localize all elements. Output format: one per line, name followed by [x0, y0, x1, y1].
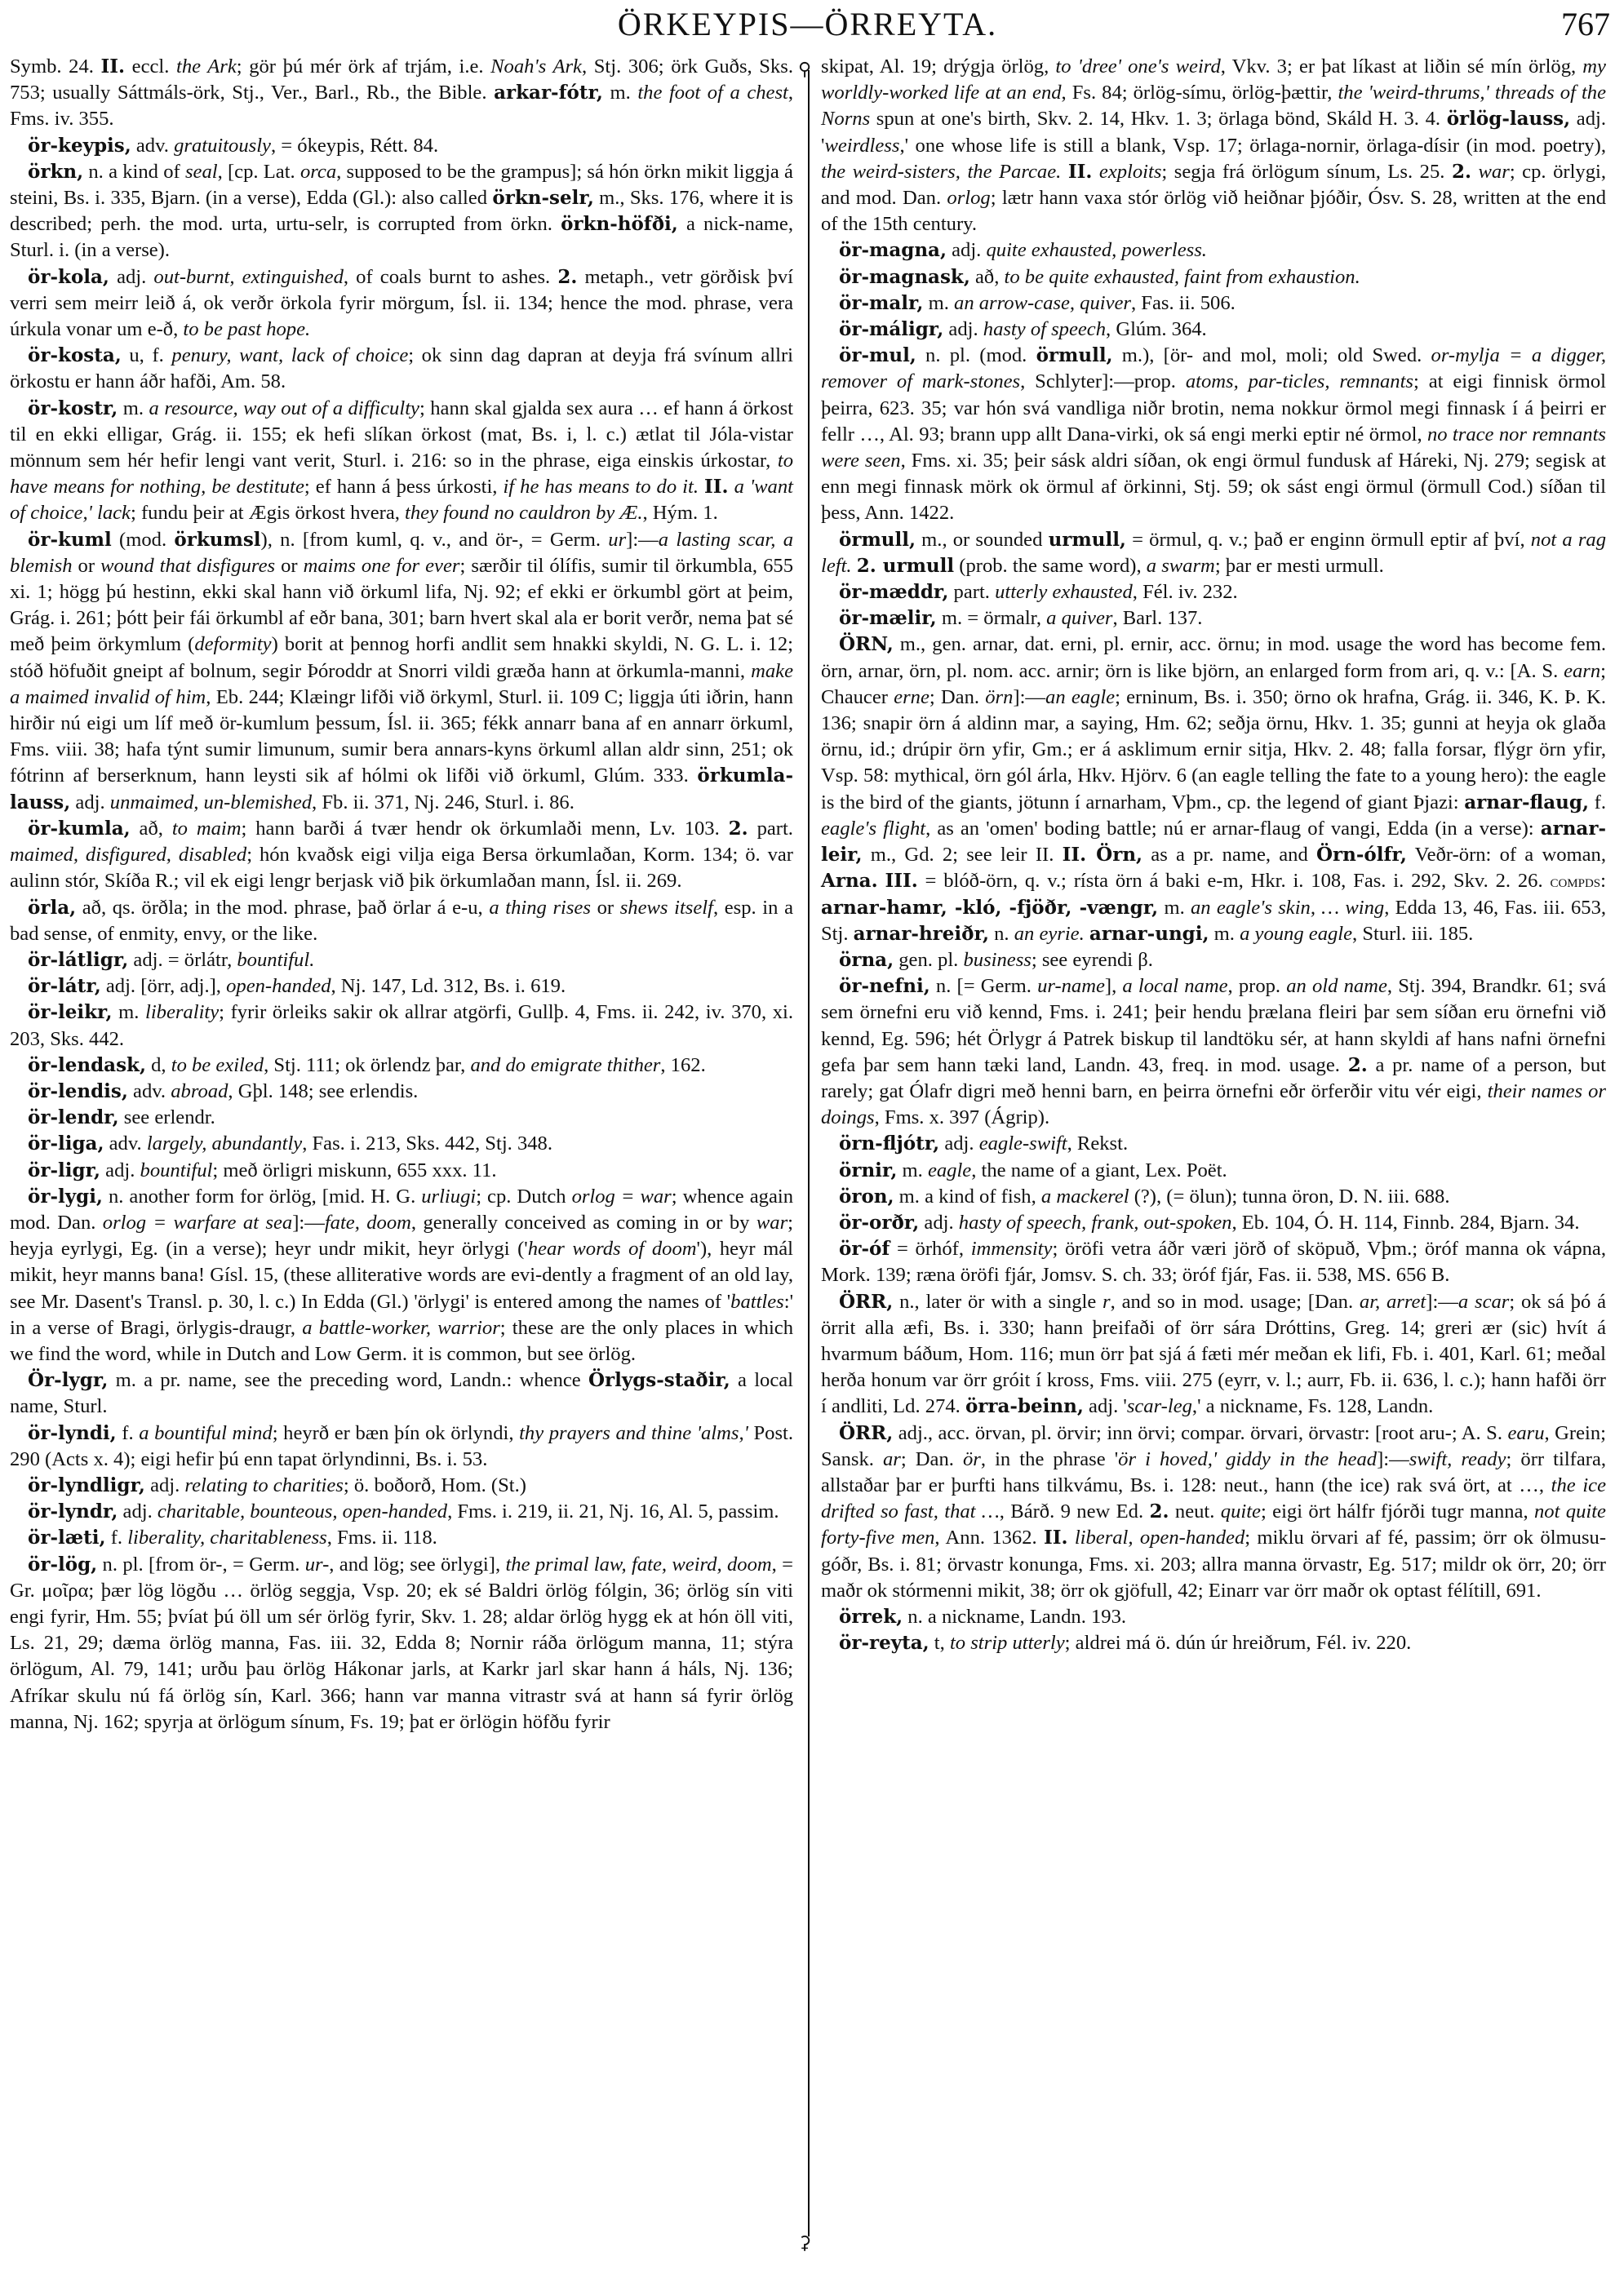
entry-text: , Fas. ii. 506.: [1131, 292, 1236, 314]
gloss: wound that disfigures: [100, 555, 275, 577]
dictionary-entry: ör-lygi, n. another form for örlög, [mid…: [10, 1184, 793, 1367]
entry-text: d,: [146, 1054, 171, 1076]
gloss: hasty of speech: [983, 318, 1106, 340]
gloss: an eagle's skin, … wing: [1191, 897, 1384, 919]
headword: ör-lög,: [28, 1554, 97, 1576]
headword: Örn-ólfr,: [1316, 844, 1407, 866]
headword: arnar-hamr, -kló, -fjöðr, -vængr,: [821, 897, 1158, 919]
headword: örn-fljótr,: [839, 1132, 939, 1155]
headword: ör-lendr,: [28, 1106, 119, 1128]
headword: ör-látr,: [28, 975, 101, 997]
gloss: maims one for ever: [304, 555, 460, 577]
gloss: a swarm: [1147, 555, 1215, 577]
headword: örnir,: [839, 1159, 897, 1181]
gloss: a quiver: [1046, 607, 1112, 629]
entry-text: adj.: [943, 318, 983, 340]
gloss: erne: [894, 686, 930, 708]
dictionary-entry: ör-látligr, adj. = örlátr, bountiful.: [10, 947, 793, 973]
left-column: Symb. 24. II. eccl. the Ark; gör þú mér …: [10, 54, 793, 1735]
dictionary-entry: ör-mæddr, part. utterly exhausted, Fél. …: [821, 579, 1606, 605]
entry-text: f.: [117, 1422, 140, 1444]
entry-text: ]:—: [1377, 1448, 1409, 1470]
entry-text: , Sturl. iii. 185.: [1352, 923, 1473, 945]
dictionary-entry: ör-mælir, m. = örmalr, a quiver, Barl. 1…: [821, 605, 1606, 632]
entry-text: n., later ör with a single: [893, 1291, 1103, 1313]
entry-text: m. a kind of fish,: [894, 1186, 1041, 1208]
dictionary-entry: ör-lyndligr, adj. relating to charities;…: [10, 1473, 793, 1499]
entry-text: adj.: [145, 1474, 185, 1496]
gloss: urliugi: [421, 1186, 476, 1208]
headword: II.: [101, 55, 126, 78]
headword: ör-leikr,: [28, 1001, 113, 1023]
entry-text: or: [275, 555, 304, 577]
entry-text: m.: [897, 1159, 928, 1181]
headword: ör-mælir,: [839, 607, 937, 629]
headword: Arna.: [821, 870, 878, 892]
entry-text: ; see eyrendi β.: [1032, 949, 1153, 971]
gloss: an eagle: [1045, 686, 1115, 708]
dictionary-entry: ör-lendask, d, to be exiled, Stj. 111; o…: [10, 1053, 793, 1079]
headword: 2.: [1452, 161, 1471, 183]
gloss: a battle-worker, warrior: [302, 1317, 500, 1339]
entry-text: m.: [1209, 923, 1240, 945]
gloss: liberality: [145, 1001, 219, 1023]
gloss: abroad: [171, 1080, 228, 1102]
gloss: ur: [608, 529, 626, 551]
gloss: charitable, bounteous, open-handed: [158, 1500, 447, 1523]
entry-text: , Glúm. 364.: [1106, 318, 1207, 340]
gloss: the weird-sisters, the Parcae.: [821, 161, 1061, 183]
gloss: ör i hoved,' giddy in the head: [1118, 1448, 1377, 1470]
gloss: ur-: [305, 1554, 330, 1576]
entry-text: = blóð-örn, q. v.; rísta örn á baki e-m,…: [918, 870, 1551, 892]
headword: II. Örn,: [1063, 844, 1143, 866]
gloss: a bountiful mind: [139, 1422, 273, 1444]
entry-text: ; segja frá örlögum sínum, Ls. 25.: [1161, 161, 1452, 183]
page-header: ÖRKEYPIS—ÖRREYTA. 767: [0, 0, 1615, 49]
gloss: quite: [1221, 1500, 1261, 1523]
gloss: utterly exhausted: [995, 581, 1133, 603]
gloss: hasty of speech, frank, out-spoken: [959, 1212, 1232, 1234]
entry-text: [1092, 161, 1099, 183]
entry-text: , as an 'omen' boding battle; nú er arna…: [925, 818, 1541, 840]
gloss: a scar: [1458, 1291, 1509, 1313]
headword: ör-mæddr,: [839, 581, 948, 603]
entry-text: , Fb. ii. 371, Nj. 246, Sturl. i. 86.: [312, 791, 575, 813]
entry-text: [1061, 161, 1068, 183]
headword: ör-magnask,: [839, 266, 970, 288]
entry-text: f.: [106, 1527, 128, 1549]
entry-text: að, qs. örðla; in the mod. phrase, það ö…: [76, 897, 489, 919]
headword: ör-lygi,: [28, 1186, 103, 1208]
headword: örla,: [28, 897, 76, 919]
dictionary-entry: ör-magna, adj. quite exhausted, powerles…: [821, 237, 1606, 264]
entry-text: ; gör þú mér örk af trjám, i.e.: [237, 55, 490, 78]
entry-text: , Stj. 111; ok örlendz þar,: [264, 1054, 470, 1076]
entry-text: Veðr-örn: of a woman,: [1407, 844, 1606, 866]
gloss: gratuitously: [174, 135, 271, 157]
gloss: the primal law, fate, weird, doom: [505, 1554, 771, 1576]
dictionary-entry: ör-læti, f. liberality, charitableness, …: [10, 1525, 793, 1551]
gloss: Noah's Ark: [490, 55, 582, 78]
dictionary-entry: ör-kosta, u, f. penury, want, lack of ch…: [10, 343, 793, 395]
headword: ör-læti,: [28, 1527, 106, 1549]
gloss: war: [1479, 161, 1510, 183]
entry-text: , Fms. ii. 118.: [327, 1527, 437, 1549]
entry-text: m., or sounded: [916, 529, 1049, 551]
headword: II.: [704, 476, 729, 498]
entry-text: m. a pr. name, see the preceding word, L…: [108, 1369, 588, 1391]
entry-text: part.: [748, 818, 793, 840]
headword: ör-lyndligr,: [28, 1474, 145, 1496]
headword: ör-liga,: [28, 1132, 104, 1155]
headword: ör-kostr,: [28, 397, 118, 419]
entry-text: að,: [131, 818, 172, 840]
dictionary-entry: ör-orðr, adj. hasty of speech, frank, ou…: [821, 1210, 1606, 1236]
entry-text: , = ókeypis, Rétt. 84.: [271, 135, 438, 157]
dictionary-entry: örn-fljótr, adj. eagle-swift, Rekst.: [821, 1131, 1606, 1157]
gloss: hear words of doom: [528, 1238, 697, 1260]
dictionary-entry: ör-óf = örhóf, immensity; öröfi vetra áð…: [821, 1236, 1606, 1288]
entry-text: , Eb. 104, Ó. H. 114, Finnb. 284, Bjarn.…: [1231, 1212, 1579, 1234]
gloss: ar: [883, 1448, 901, 1470]
right-column: skipat, Al. 19; drýgja örlög, to 'dree' …: [821, 54, 1606, 1656]
entry-text: adj.: [919, 1212, 959, 1234]
entry-text: n. another form for örlög, [mid. H. G.: [103, 1186, 421, 1208]
entry-text: m.: [118, 397, 149, 419]
gloss: liberality, charitableness: [127, 1527, 327, 1549]
entry-text: spun at one's birth, Skv. 2. 14, Hkv. 1.…: [870, 108, 1447, 130]
gloss: immensity: [971, 1238, 1053, 1260]
dictionary-entry: ör-máligr, adj. hasty of speech, Glúm. 3…: [821, 317, 1606, 343]
gloss: earn: [1564, 660, 1600, 682]
gloss: they found no cauldron by Æ.: [405, 502, 642, 524]
page-number: 767: [1561, 5, 1610, 43]
headword: 2.: [1150, 1500, 1169, 1523]
gloss: bountiful: [140, 1159, 213, 1181]
gloss: eagle: [928, 1159, 971, 1181]
gloss: out-burnt, extinguished: [153, 266, 344, 288]
headword: III.: [885, 870, 917, 892]
entry-text: [1471, 161, 1479, 183]
headword: ör-látligr,: [28, 949, 128, 971]
entry-text: , of coals burnt to ashes.: [344, 266, 557, 288]
gloss: and do emigrate thither: [470, 1054, 660, 1076]
headword: urmull,: [1049, 529, 1126, 551]
entry-text: adv.: [128, 1080, 171, 1102]
dictionary-entry: ör-magnask, að, to be quite exhausted, f…: [821, 264, 1606, 290]
headword: örkn,: [28, 161, 83, 183]
entry-text: , Fs. 84; örlög-símu, örlög-þættir,: [1062, 82, 1338, 104]
headword: örkumsl: [174, 529, 260, 551]
dictionary-entry: örmull, m., or sounded urmull, = örmul, …: [821, 527, 1606, 579]
headword: Örlygs-staðir,: [588, 1369, 730, 1391]
headword: ÖRR,: [839, 1291, 893, 1313]
dictionary-entry: ör-nefni, n. [= Germ. ur-name], a local …: [821, 973, 1606, 1131]
dictionary-entry: skipat, Al. 19; drýgja örlög, to 'dree' …: [821, 54, 1606, 237]
entry-text: skipat, Al. 19; drýgja örlög,: [821, 55, 1055, 78]
gloss: an old name: [1286, 975, 1387, 997]
headword: 2.: [1348, 1054, 1368, 1076]
headword: ör-óf: [839, 1238, 890, 1260]
entry-text: adj.: [70, 791, 110, 813]
dictionary-entry: örna, gen. pl. business; see eyrendi β.: [821, 947, 1606, 973]
entry-text: u, f.: [122, 344, 172, 366]
entry-text: ],: [1105, 975, 1123, 997]
entry-text: , Gþl. 148; see erlendis.: [228, 1080, 418, 1102]
gloss: bountiful.: [237, 949, 314, 971]
entry-text: adj.: [947, 239, 987, 261]
headword: ör-máligr,: [839, 318, 943, 340]
entry-text: , Hým. 1.: [643, 502, 718, 524]
gloss: exploits: [1099, 161, 1162, 183]
entry-text: or: [591, 897, 620, 919]
gloss: to strip utterly: [950, 1632, 1065, 1654]
entry-text: ]:—: [292, 1212, 325, 1234]
gloss: quite exhausted, powerless.: [986, 239, 1206, 261]
headword: örkn-selr,: [492, 187, 593, 209]
gloss: seal: [185, 161, 218, 183]
entry-text: (mod.: [112, 529, 175, 551]
entry-text: m.: [113, 1001, 145, 1023]
gloss: liberal, open-handed: [1075, 1527, 1245, 1549]
entry-text: n. a nickname, Landn. 193.: [903, 1606, 1126, 1628]
dictionary-entry: ör-liga, adv. largely, abundantly, Fas. …: [10, 1131, 793, 1157]
gloss: orlog: [947, 187, 990, 209]
entry-text: adv.: [131, 135, 174, 157]
entry-text: (prob. the same word),: [954, 555, 1147, 577]
dictionary-entry: ör-kumla, að, to maim; hann barði á tvær…: [10, 816, 793, 895]
headword: örra-beinn,: [965, 1395, 1084, 1417]
entry-text: ,' one whose life is still a blank, Vsp.…: [899, 135, 1606, 157]
entry-text: , and so in mod. usage; [Dan.: [1111, 1291, 1360, 1313]
entry-text: adj., acc. örvan, pl. örvir; inn örvi; c…: [893, 1422, 1507, 1444]
section-label: compds: [1550, 871, 1600, 891]
gloss: open-handed: [226, 975, 331, 997]
entry-text: að,: [970, 266, 1005, 288]
dictionary-entry: ÖRR, n., later ör with a single r, and s…: [821, 1289, 1606, 1421]
gloss: the Ark: [176, 55, 237, 78]
headword: örlög-lauss,: [1447, 108, 1570, 130]
gloss: eagle's flight: [821, 818, 925, 840]
entry-text: ; fundu þeir at Ægis örkost hvera,: [131, 502, 405, 524]
entry-text: ; Dan.: [930, 686, 985, 708]
entry-text: ), n. [from kuml, q. v., and ör-, = Germ…: [261, 529, 609, 551]
entry-text: , Schlyter]:—prop.: [1020, 370, 1186, 392]
entry-text: , Barl. 137.: [1112, 607, 1202, 629]
dictionary-entry: öron, m. a kind of fish, a mackerel (?),…: [821, 1184, 1606, 1210]
dictionary-entry: ÖRN, m., gen. arnar, dat. erni, pl. erni…: [821, 632, 1606, 946]
entry-text: , Rekst.: [1067, 1132, 1128, 1155]
gloss: shews itself: [620, 897, 713, 919]
headword: ör-magna,: [839, 239, 947, 261]
gloss: ar, arret: [1360, 1291, 1426, 1313]
entry-text: m.), [ör- and mol, moli; old Swed.: [1113, 344, 1431, 366]
entry-text: adj.: [109, 266, 153, 288]
entry-text: , Vkv. 3; er þat líkast at liðin sé mín …: [1221, 55, 1583, 78]
headword: ör-lyndi,: [28, 1422, 117, 1444]
entry-text: m.: [923, 292, 954, 314]
gloss: a resource, way out of a difficulty: [149, 397, 419, 419]
gloss: ur-name: [1037, 975, 1105, 997]
entry-text: ]:—: [1426, 1291, 1458, 1313]
headword: Ör-lygr,: [28, 1369, 108, 1391]
gloss: to be past hope.: [183, 318, 310, 340]
gloss: an arrow-case, quiver: [954, 292, 1131, 314]
headword: ör-keypis,: [28, 135, 131, 157]
entry-text: n. pl. (mod.: [916, 344, 1036, 366]
entry-text: , the name of a giant, Lex. Poët.: [971, 1159, 1227, 1181]
gloss: orca: [300, 161, 336, 183]
gloss: atoms, par-ticles, remnants: [1186, 370, 1413, 392]
entry-text: adj.: [939, 1132, 979, 1155]
entry-text: , Fms. xi. 35; þeir sásk aldri síðan, ok…: [821, 450, 1606, 524]
dictionary-entry: ÖRR, adj., acc. örvan, pl. örvir; inn ör…: [821, 1421, 1606, 1604]
entry-text: part.: [948, 581, 995, 603]
dictionary-entry: örla, að, qs. örðla; in the mod. phrase,…: [10, 895, 793, 947]
entry-text: = örmul, q. v.; það er enginn örmull ept…: [1126, 529, 1531, 551]
entry-text: , 162.: [660, 1054, 705, 1076]
gloss: ör: [963, 1448, 981, 1470]
entry-text: , in the phrase ': [981, 1448, 1118, 1470]
entry-text: eccl.: [125, 55, 176, 78]
headword: 2.: [557, 266, 577, 288]
headword: arkar-fótr,: [494, 82, 603, 104]
entry-text: adv.: [104, 1132, 146, 1155]
gloss: penury, want, lack of choice: [171, 344, 408, 366]
entry-text: [729, 476, 734, 498]
headword: 2.: [729, 818, 748, 840]
gloss: relating to charities: [184, 1474, 343, 1496]
dictionary-entry: ör-leikr, m. liberality; fyrir örleiks s…: [10, 1000, 793, 1052]
entry-text: m.: [603, 82, 637, 104]
entry-text: , Fél. iv. 232.: [1133, 581, 1238, 603]
dictionary-entry: ör-kuml (mod. örkumsl), n. [from kuml, q…: [10, 527, 793, 816]
headword: ör-kuml: [28, 529, 112, 551]
entry-text: , Bárð. 9 new Ed.: [1000, 1500, 1150, 1523]
entry-text: [699, 476, 704, 498]
entry-text: ; þar er mesti urmull.: [1215, 555, 1384, 577]
headword: II.: [1044, 1527, 1068, 1549]
entry-text: see erlendr.: [119, 1106, 215, 1128]
dictionary-entry: ör-kostr, m. a resource, way out of a di…: [10, 396, 793, 527]
entry-text: adj.: [100, 1159, 140, 1181]
gloss: scar-leg: [1127, 1395, 1192, 1417]
gloss: orlog = warfare at sea: [103, 1212, 292, 1234]
entry-text: = örhóf,: [890, 1238, 970, 1260]
column-rule-ornament-bottom-icon: ⚳: [798, 2232, 811, 2254]
entry-text: ; eigi ört hálfr fjórði tugr manna,: [1261, 1500, 1534, 1523]
dictionary-entry: ör-lendr, see erlendr.: [10, 1105, 793, 1131]
gloss: war: [756, 1212, 788, 1234]
headword: öron,: [839, 1186, 894, 1208]
entry-text: adj. = örlátr,: [128, 949, 237, 971]
gloss: thy prayers and thine 'alms,': [519, 1422, 748, 1444]
entry-text: , Fas. i. 213, Sks. 442, Stj. 348.: [302, 1132, 552, 1155]
headword: arnar-flaug,: [1464, 791, 1589, 813]
dictionary-entry: ör-lyndr, adj. charitable, bounteous, op…: [10, 1499, 793, 1525]
entry-text: n. a kind of: [83, 161, 185, 183]
headword: ör-orðr,: [839, 1212, 919, 1234]
entry-text: , generally conceived as coming in or by: [411, 1212, 756, 1234]
entry-text: m., Gd. 2; see leir II.: [863, 844, 1063, 866]
entry-text: ; heyrð er bæn þín ok örlyndi,: [273, 1422, 519, 1444]
gloss: the foot of a chest: [637, 82, 788, 104]
entry-text: gen. pl.: [894, 949, 963, 971]
dictionary-entry: ör-lyndi, f. a bountiful mind; heyrð er …: [10, 1421, 793, 1473]
column-divider: [808, 70, 810, 2236]
gloss: r: [1103, 1291, 1111, 1313]
gloss: earu: [1507, 1422, 1544, 1444]
headword: ör-lendask,: [28, 1054, 146, 1076]
headword: örkn-höfði,: [561, 213, 678, 235]
headword: ör-lendis,: [28, 1080, 128, 1102]
headword: 2. urmull: [857, 555, 954, 577]
gloss: fate, doom: [325, 1212, 411, 1234]
gloss: örn: [985, 686, 1013, 708]
entry-text: , = Gr. μοῖρα; þær lög lögðu … örlög seg…: [10, 1554, 793, 1733]
headword: arnar-hreiðr,: [854, 923, 989, 945]
headword: ör-malr,: [839, 292, 923, 314]
gloss: maimed, disfigured, disabled: [10, 844, 246, 866]
headword: örna,: [839, 949, 894, 971]
headword: örrek,: [839, 1606, 903, 1628]
gloss: to be quite exhausted, faint from exhaus…: [1005, 266, 1360, 288]
dictionary-entry: ör-keypis, adv. gratuitously, = ókeypis,…: [10, 133, 793, 159]
gloss: to maim: [172, 818, 242, 840]
entry-text: ; cp. Dutch: [476, 1186, 571, 1208]
headword: örmull,: [839, 529, 916, 551]
entry-text: , Nj. 147, Ld. 312, Bs. i. 619.: [331, 975, 566, 997]
headword: ör-reyta,: [839, 1632, 930, 1654]
headword: ör-lyndr,: [28, 1500, 118, 1523]
entry-text: n. [= Germ.: [930, 975, 1037, 997]
dictionary-entry: ör-malr, m. an arrow-case, quiver, Fas. …: [821, 290, 1606, 317]
gloss: largely, abundantly: [147, 1132, 302, 1155]
gloss: if he has means to do it.: [503, 476, 699, 498]
headword: ör-nefni,: [839, 975, 930, 997]
dictionary-entry: ör-kola, adj. out-burnt, extinguished, o…: [10, 264, 793, 344]
gloss: unmaimed, un-blemished: [110, 791, 312, 813]
gloss: business: [963, 949, 1031, 971]
entry-text: ; ef hann á þess úrkosti,: [304, 476, 504, 498]
entry-text: , Ann. 1362.: [934, 1527, 1044, 1549]
entry-text: :: [1600, 870, 1606, 892]
dictionary-entry: Symb. 24. II. eccl. the Ark; gör þú mér …: [10, 54, 793, 133]
dictionary-entry: ör-lendis, adv. abroad, Gþl. 148; see er…: [10, 1079, 793, 1105]
headword: örmull,: [1036, 344, 1113, 366]
entry-text: f.: [1589, 791, 1606, 813]
entry-text: ,' a nickname, Fs. 128, Landn.: [1192, 1395, 1433, 1417]
headword: II.: [1068, 161, 1093, 183]
gloss: battles: [730, 1291, 784, 1313]
entry-text: , prop.: [1228, 975, 1287, 997]
headword: ör-kola,: [28, 266, 109, 288]
dictionary-entry: örkn, n. a kind of seal, [cp. Lat. orca,…: [10, 159, 793, 264]
dictionary-entry: ör-ligr, adj. bountiful; með örligri mis…: [10, 1158, 793, 1184]
gloss: a mackerel: [1041, 1186, 1129, 1208]
entry-text: , Fms. i. 219, ii. 21, Nj. 16, Al. 5, pa…: [447, 1500, 779, 1523]
entry-text: Symb. 24.: [10, 55, 101, 78]
entry-text: , Fms. x. 397 (Ágrip).: [875, 1106, 1050, 1128]
entry-text: ; með örligri miskunn, 655 xxx. 11.: [212, 1159, 496, 1181]
dictionary-entry: örnir, m. eagle, the name of a giant, Le…: [821, 1158, 1606, 1184]
dictionary-entry: ör-reyta, t, to strip utterly; aldrei má…: [821, 1630, 1606, 1656]
gloss: to 'dree' one's weird: [1055, 55, 1220, 78]
headword: arnar-ungi,: [1089, 923, 1209, 945]
entry-text: adj. ': [1084, 1395, 1127, 1417]
gloss: a young eagle: [1240, 923, 1352, 945]
